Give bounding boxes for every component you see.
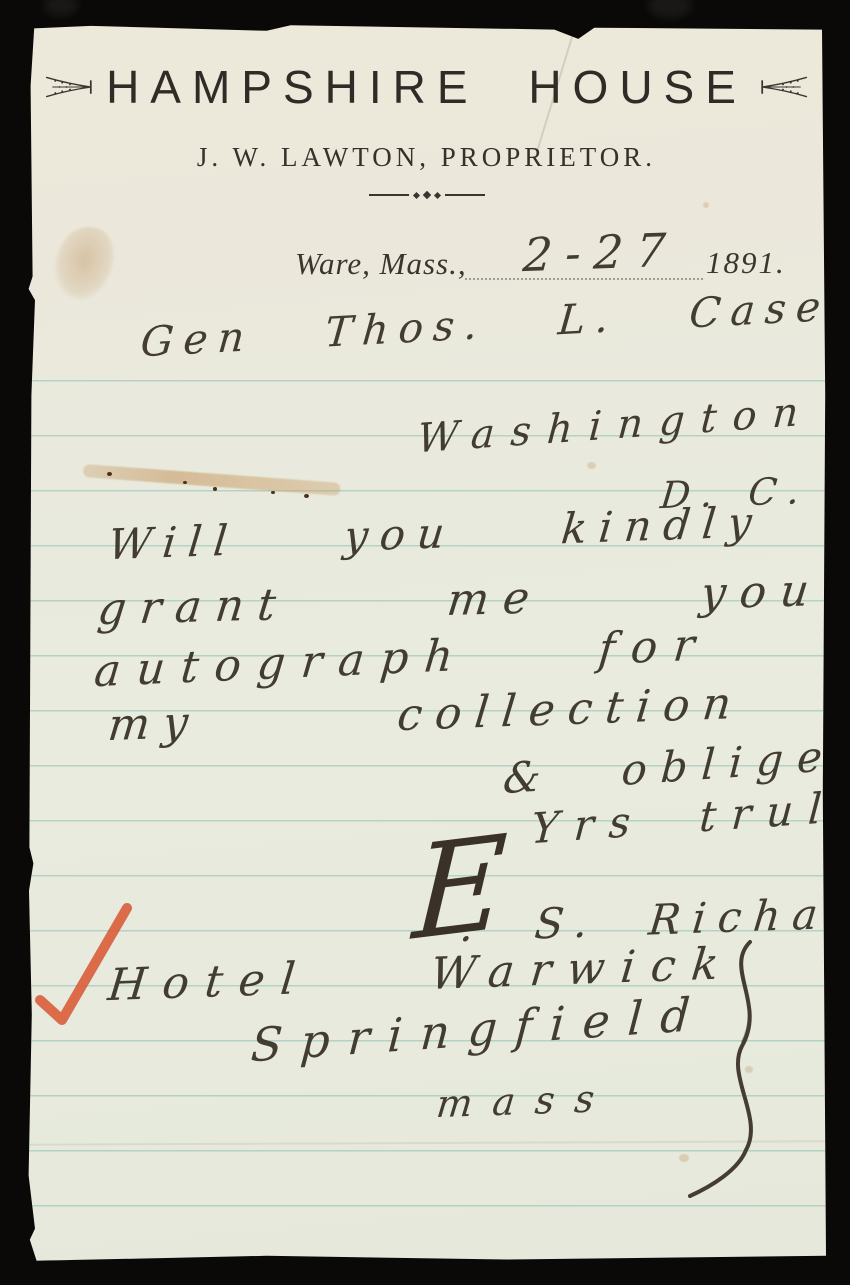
letterhead-title-row: HAMPSHIRE HOUSE [27, 60, 826, 114]
stain-speck [271, 491, 275, 494]
letterhead-divider [27, 192, 826, 198]
foxing-spot [587, 462, 596, 469]
stain-speck [213, 487, 217, 491]
letter-sheet: HAMPSHIRE HOUSE J. W. LAWTON, PROPRIETOR… [27, 24, 826, 1262]
stain-speck [183, 481, 187, 484]
letterhead-title: HAMPSHIRE HOUSE [106, 60, 747, 114]
photograph-of-letter: HAMPSHIRE HOUSE J. W. LAWTON, PROPRIETOR… [0, 0, 850, 1285]
divider-line [369, 194, 409, 196]
stain-speck [107, 472, 112, 476]
red-pencil-checkmark [31, 888, 141, 1038]
stain-speck [304, 494, 309, 498]
foxing-spot [703, 202, 709, 208]
printed-year: 1891. [706, 245, 786, 281]
arrow-spray-left-icon [44, 72, 96, 102]
handwritten-curly-brace [677, 938, 787, 1208]
handwritten-line-recipient: Gen Thos. L. Casey [139, 280, 850, 366]
letterhead-proprietor: J. W. LAWTON, PROPRIETOR. [27, 142, 826, 173]
background-smudge [44, 0, 78, 16]
handwritten-date: 2-27 [521, 223, 680, 283]
divider-line [445, 194, 485, 196]
background-smudge [648, 0, 692, 18]
printed-place: Ware, Mass., [295, 246, 467, 282]
arrow-spray-right-icon [757, 72, 809, 102]
brown-stain-blob [46, 220, 121, 306]
divider-diamond [412, 191, 419, 198]
handwritten-line-address: mass [434, 1076, 616, 1126]
divider-diamond [433, 191, 440, 198]
divider-diamond [422, 191, 430, 199]
